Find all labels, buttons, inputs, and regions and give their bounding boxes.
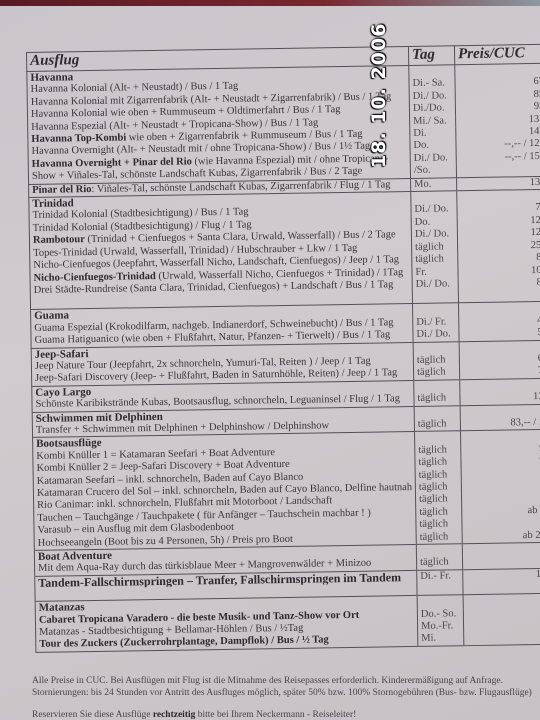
- excursion-day: /So.: [410, 165, 456, 179]
- excursion-price: 139,--: [457, 176, 540, 191]
- excursion-price-list: Ausflug Tag Preis/CUC HavannaHavanna Kol…: [26, 44, 540, 653]
- date-stamp: 18. 10. 2006: [368, 23, 390, 168]
- excursion-price: 109,--: [458, 264, 540, 278]
- excursion-price: 83,-- / 15,--: [460, 417, 540, 432]
- excursion-price: 25,--: [463, 619, 540, 633]
- excursion-price: --,-- / 150,--: [456, 150, 540, 164]
- excursion-price: 39,--: [462, 555, 540, 570]
- excursion-day: Di.- Fr.: [417, 570, 463, 584]
- excursion-day: Do.- So.: [417, 608, 463, 621]
- excursion-price: 85,--: [461, 480, 540, 494]
- excursion-day: Di./Do.: [409, 102, 455, 115]
- excursion-name: Nicho-Cienfuegos-Trinidad: [33, 270, 155, 283]
- excursion-day: Di./ Do.: [413, 328, 459, 342]
- excursion-price: ab 290,--: [462, 529, 540, 544]
- excursion-day: Di./ Fr.: [413, 316, 459, 329]
- excursion-day: täglich: [415, 444, 461, 457]
- excursion-day: täglich: [415, 494, 461, 507]
- excursion-table: Ausflug Tag Preis/CUC HavannaHavanna Kol…: [26, 44, 540, 653]
- excursion-day: Mi.: [418, 633, 464, 647]
- excursion-day: täglich: [416, 557, 462, 571]
- excursion-day: Mo.: [411, 177, 457, 191]
- excursion-day: Di./ Do.: [409, 90, 455, 103]
- excursion-day: täglich: [416, 506, 462, 519]
- footer-note-cancellation: Stornierungen: bis 24 Stunden vor Antrit…: [32, 688, 532, 698]
- excursion-price: 49,--: [459, 314, 540, 328]
- excursion-price: [456, 163, 540, 178]
- excursion-name: Pinar del Rio: [32, 184, 91, 196]
- excursion-price: 89,--: [458, 277, 540, 291]
- excursion-price: 73,--: [459, 365, 540, 380]
- excursion-day: Fr.: [412, 266, 458, 279]
- excursion-day: Di./ Do.: [411, 229, 457, 242]
- excursion-price: 75,--: [461, 467, 540, 481]
- excursion-day: Di./ Do.: [412, 278, 458, 291]
- excursion-day: täglich: [412, 241, 458, 254]
- excursion-day: täglich: [415, 481, 461, 494]
- excursion-name: Havanna Top-Kombi: [31, 132, 126, 144]
- excursion-day: täglich: [415, 456, 461, 469]
- excursion-price: 99,--: [461, 455, 540, 469]
- excursion-price: 150,--: [463, 568, 540, 583]
- excursion-day: Di.: [410, 127, 456, 140]
- footer-note-reservation: Reservieren Sie diese Ausflüge rechtzeit…: [32, 710, 356, 720]
- excursion-day: täglich: [416, 531, 462, 545]
- excursion-price: 69,--: [459, 353, 540, 367]
- excursion-price: --,-- / 120,--: [456, 138, 540, 152]
- excursion-day: täglich: [416, 518, 462, 531]
- excursion-price: ab 25,--: [462, 504, 540, 518]
- excursion-day: täglich: [413, 354, 459, 367]
- excursion-day: Mi./ Sa.: [410, 115, 456, 128]
- excursion-name: Rambotour: [33, 234, 85, 246]
- excursion-price: 51,--: [461, 492, 540, 506]
- excursion-day: täglich: [414, 367, 460, 381]
- excursion-day: Mo.-Fr.: [417, 620, 463, 633]
- excursion-name: Havanna Overnight + Pinar del Rio: [32, 156, 192, 170]
- excursion-day: täglich: [415, 469, 461, 482]
- footer-note-prices: Alle Preise in CUC. Bei Ausflügen mit Fl…: [32, 676, 503, 686]
- excursion-price: 35,--: [462, 517, 540, 531]
- excursion-price: 59,--: [459, 327, 540, 342]
- excursion-price: 39,--: [464, 631, 540, 646]
- column-header-preis: Preis/CUC: [454, 44, 540, 65]
- excursion-price: 136,--: [460, 391, 540, 406]
- excursion-day: Di.- Sa.: [409, 78, 455, 91]
- excursion-day: Di./ Do.: [410, 152, 456, 165]
- excursion-day: Di./ Do.: [411, 204, 457, 217]
- excursion-price: 99,--: [461, 442, 540, 456]
- excursion-price: 49,--: [463, 606, 540, 620]
- excursion-day: täglich: [414, 392, 460, 406]
- excursion-day: Do.: [410, 140, 456, 153]
- excursion-day: Do.: [411, 216, 457, 229]
- column-header-tag: Tag: [408, 46, 454, 66]
- excursion-day: täglich: [412, 253, 458, 266]
- excursion-day: täglich: [414, 418, 460, 432]
